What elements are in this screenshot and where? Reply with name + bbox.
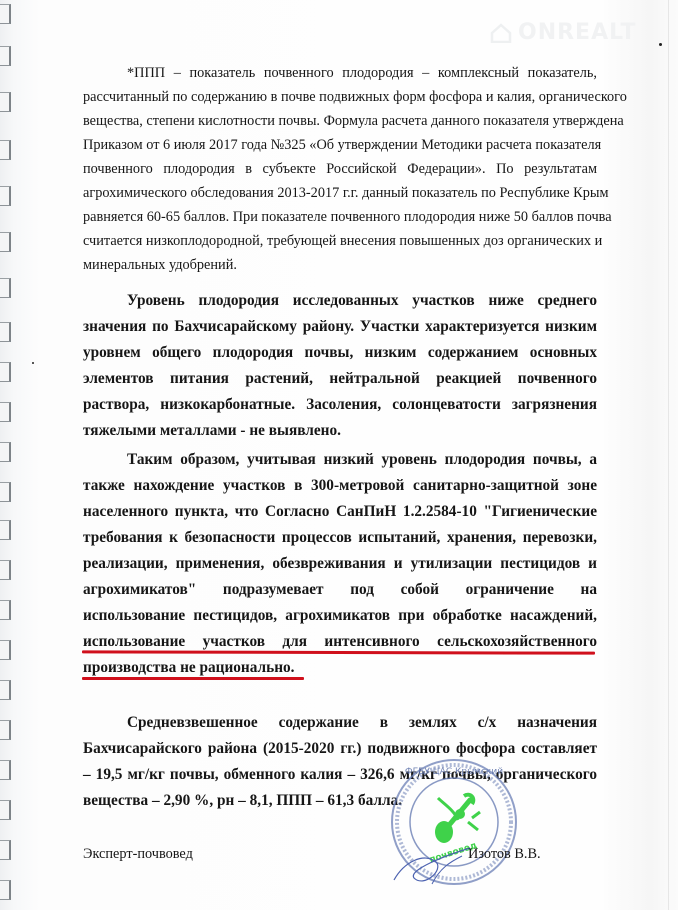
- signature-name: Изотов В.В.: [468, 845, 541, 863]
- binding-hole: [0, 186, 11, 206]
- binding-hole: [0, 880, 11, 900]
- binding-hole: [0, 278, 11, 298]
- text-line: Приказом от 6 июля 2017 года №325 «Об ут…: [83, 136, 597, 154]
- watermark: ONREALT: [490, 20, 637, 45]
- binding-hole: [0, 800, 11, 820]
- binding-hole: [0, 362, 11, 382]
- binding-hole: [0, 140, 11, 160]
- shovel-icon: [435, 795, 480, 843]
- watermark-text: ONREALT: [518, 20, 637, 45]
- text-line: элементов питания растений, нейтральной …: [83, 370, 597, 388]
- text-line: реализации, применения, обезвреживания и…: [83, 555, 597, 573]
- text-line: также нахождение участков в 300-метровой…: [83, 477, 597, 495]
- text-line: Средневзвешенное содержание в землях с/х…: [127, 714, 597, 732]
- binding-hole: [0, 520, 11, 540]
- red-underline: [82, 650, 595, 654]
- text-line: требования к безопасности процессов испы…: [83, 529, 597, 547]
- text-line: раствора, низкокарбонатные. Засоления, с…: [83, 396, 597, 414]
- binding-hole: [0, 680, 11, 700]
- text-line: рассчитанный по содержанию в почве подви…: [83, 88, 597, 106]
- binding-hole: [0, 840, 11, 860]
- binding-hole: [0, 560, 11, 580]
- scan-speck: [659, 43, 662, 46]
- signature-role: Эксперт-почвовед: [83, 845, 193, 863]
- text-line: почвенного плодородия в субъекте Российс…: [83, 160, 597, 178]
- text-line: использование пестицидов, агрохимикатов …: [83, 607, 597, 625]
- text-line: минеральных удобрений.: [83, 256, 597, 274]
- text-line: считается низкоплодородной, требующей вн…: [83, 232, 597, 250]
- page-edge: [668, 0, 669, 910]
- binding-hole: [0, 402, 11, 422]
- binding-hole: [0, 232, 11, 252]
- house-icon: [490, 23, 512, 43]
- highlighted-text-line: производства не рационально.: [83, 659, 597, 677]
- highlighted-text-line: использование участков для интенсивного …: [83, 633, 597, 651]
- text-line: уровнем общего плодородия почвы, низким …: [83, 344, 597, 362]
- text-line: равняется 60-65 баллов. При показателе п…: [83, 208, 597, 226]
- scanned-page: ONREALT *ППП – показатель почвенного пло…: [0, 0, 678, 910]
- binding-hole: [0, 46, 11, 66]
- binding-hole: [0, 600, 11, 620]
- binding-hole: [0, 640, 11, 660]
- text-line: вещества, степени кислотности почвы. Фор…: [83, 112, 597, 130]
- binding-hole: [0, 322, 11, 342]
- binding-hole: [0, 760, 11, 780]
- binding-hole: [0, 442, 11, 462]
- binding-holes: [0, 0, 16, 910]
- text-line: Таким образом, учитывая низкий уровень п…: [127, 451, 597, 469]
- text-line: агрохимикатов" подразумевает под собой о…: [83, 581, 597, 599]
- binding-hole: [0, 720, 11, 740]
- text-line: *ППП – показатель почвенного плодородия …: [127, 64, 597, 82]
- binding-hole: [0, 92, 11, 112]
- text-line: значения по Бахчисарайскому району. Учас…: [83, 318, 597, 336]
- scan-speck: [32, 362, 34, 364]
- text-line: населенного пункта, что Согласно СанПиН …: [83, 503, 597, 521]
- text-line: Уровень плодородия исследованных участко…: [127, 292, 597, 310]
- text-line: тяжелыми металлами - не выявлено.: [83, 422, 597, 440]
- binding-hole: [0, 4, 11, 24]
- binding-hole: [0, 482, 11, 502]
- stamp-outer-text: ФГБУ ЦАС Крымский: [405, 767, 503, 777]
- official-stamp: ФГБУ ЦАС Крымский почвовед: [384, 752, 524, 892]
- red-underline: [82, 677, 304, 680]
- text-line: агрохимического обследования 2013-2017 г…: [83, 184, 597, 202]
